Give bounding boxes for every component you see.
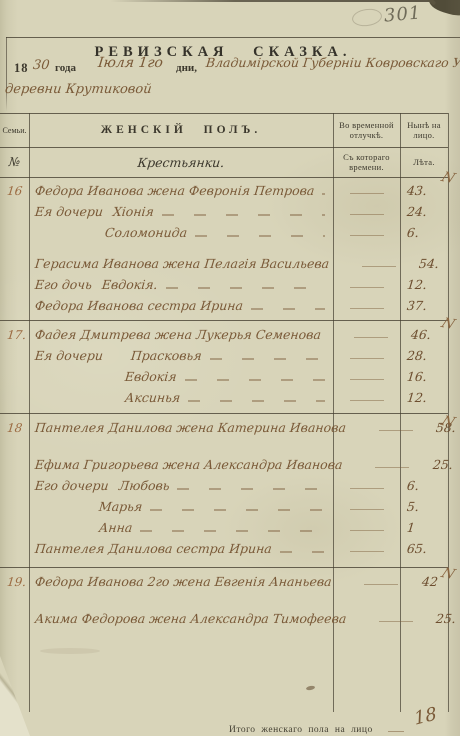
person-name: Федора Иванова сестра Ирина [34,298,244,313]
absence-cell [333,530,400,531]
family-number: 18 [6,421,23,435]
age-value: 24. [399,204,449,219]
paper-smudge [40,648,100,654]
person-name: Пантелея Данилова жена Катерина Иванова [34,420,347,435]
age-value: 43. [399,183,449,198]
total-female-value: 18 [413,703,438,729]
dash-mark [350,193,384,194]
table-row: Акима Федорова жена Александра Тимофеева… [29,611,448,632]
kinship-prefix: Его дочери [34,478,109,493]
family-group: 17.Фадея Дмитрева жена Лукерья Семенова4… [0,320,448,413]
person-name: Любовь [118,478,170,493]
torn-corner-mark [427,0,460,20]
age-value: 25. [429,611,460,626]
table-row: Ея дочериПрасковья28. [29,348,448,369]
age-value: 54. [411,256,460,271]
header-frame-top-border [6,37,460,38]
family-group: 18Пантелея Данилова жена Катерина Иванов… [0,413,448,567]
person-name: Прасковья [130,348,202,363]
dash-mark [350,308,384,309]
age-value: 65. [399,541,449,556]
person-name: Хіонія [112,204,155,219]
person-name: Анна [98,520,133,535]
column-header-years: Лѣта. [400,147,448,177]
absence-cell [333,235,400,236]
dash-mark [350,214,384,215]
archival-page-number: 301 [383,2,422,26]
dash-leader [140,530,325,532]
absence-cell [333,287,400,288]
dash-mark [350,530,384,531]
dash-mark [350,551,384,552]
dash-mark [379,430,413,431]
dash-leader [185,379,325,381]
dash-leader [195,235,325,237]
absence-cell [333,551,400,552]
absence-cell [337,337,404,338]
printed-year-word: года [55,62,76,74]
dash-leader [166,287,325,289]
table-row: Евдокія16. [29,369,448,390]
table-header-divider [0,147,448,148]
table-row: Марья5. [29,499,448,520]
absence-cell [362,621,429,622]
dash-mark [379,621,413,622]
handwritten-province: Владимірской Губерніи Ковровскаго Уѣзда [205,55,460,70]
absence-cell [333,400,400,401]
dash-leader [177,488,325,490]
family-number: 19. [6,575,27,589]
age-value: 12. [399,277,449,292]
person-name: Евдокія. [101,277,158,292]
printed-day-word: дни, [176,62,197,74]
table-row: Пантелея Данилова сестра Ирина65. [29,541,448,562]
dash-leader [150,509,325,511]
table-row: Соломонида6. [29,225,448,246]
absence-cell [333,379,400,380]
family-number: 17. [6,328,27,342]
person-name: Аксинья [124,390,181,405]
column-header-family: Семьи. [0,113,29,147]
table-body: 16Федора Иванова жена Февронія Петрова43… [0,177,448,712]
person-name: Акима Федорова жена Александра Тимофеева [34,611,347,626]
absence-cell [345,266,412,267]
absence-cell [333,358,400,359]
age-value: 37. [399,298,449,313]
age-value: 28. [399,348,449,363]
table-top-border [0,113,448,114]
dash-mark [350,488,384,489]
dash-mark [350,400,384,401]
scanned-revision-list-page: 301 РЕВИЗСКАЯ СКАЗКА. 18 30 года Іюля 1г… [0,0,460,736]
column-header-number: № [0,147,31,177]
kinship-prefix: Ея дочери [34,348,122,363]
dash-leader [322,193,325,195]
age-value: 5. [399,499,449,514]
kinship-prefix: Его дочь [34,277,93,292]
family-number: 16 [6,184,23,198]
person-name: Герасима Иванова жена Пелагія Васильева [34,256,330,271]
handwritten-village: деревни Крутиковой [4,82,152,97]
table-row: Герасима Иванова жена Пелагія Васильева5… [29,256,448,277]
footer-dash-leader [388,731,404,732]
column-header-since-when: Съ котораго времени. [333,147,400,177]
age-value: 6. [399,478,449,493]
family-group: 19.Федора Иванова 2го жена Евгенія Анань… [0,567,448,712]
absence-cell [359,467,426,468]
dash-mark [350,287,384,288]
printed-year-prefix: 18 [14,61,29,76]
age-value: 16. [399,369,449,384]
dash-mark [362,266,396,267]
faded-stamp-mark [351,7,383,28]
absence-cell [333,193,400,194]
dash-leader [210,358,325,360]
age-value: 12. [399,390,449,405]
table-row: Федора Иванова жена Февронія Петрова43. [29,183,448,204]
person-name: Соломонида [104,225,188,240]
absence-cell [333,308,400,309]
dash-mark [375,467,409,468]
age-value: 6. [399,225,449,240]
table-row: Его дочериЛюбовь6. [29,478,448,499]
column-header-now-present: Нынѣ на лицо. [400,113,448,147]
absence-cell [333,509,400,510]
person-name: Федора Иванова 2го жена Евгенія Ананьева [34,574,332,589]
column-header-peasant-women: Крестьянки. [27,147,334,177]
dash-mark [350,509,384,510]
absence-cell [333,214,400,215]
absence-cell [333,488,400,489]
dash-mark [354,337,388,338]
absence-cell [348,584,415,585]
total-female-label: Итого женскаго пола на лицо [229,725,373,735]
person-name: Федора Иванова жена Февронія Петрова [34,183,315,198]
age-value: 1 [399,520,449,535]
age-value: 25. [425,457,460,472]
table-row: Аксинья12. [29,390,448,411]
dash-mark [364,584,398,585]
person-name: Фадея Дмитрева жена Лукерья Семенова [34,327,322,342]
handwritten-date: Іюля 1го [97,55,164,71]
table-row: Ея дочериХіонія24. [29,204,448,225]
person-name: Евдокія [124,369,177,384]
dash-mark [350,358,384,359]
person-name: Пантелея Данилова сестра Ирина [34,541,272,556]
person-name: Ефима Григорьева жена Александра Иванова [34,457,343,472]
table-row: Федора Иванова 2го жена Евгенія Ананьева… [29,574,448,595]
dash-leader [280,551,325,553]
dash-mark [350,379,384,380]
column-header-female-sex: ЖЕНСКІЙ ПОЛЪ. [29,113,333,147]
table-row: Фадея Дмитрева жена Лукерья Семенова46. [29,327,448,348]
kinship-prefix: Ея дочери [34,204,104,219]
table-row: Федора Иванова сестра Ирина37. [29,298,448,319]
table-row: Анна1 [29,520,448,541]
family-group: 16Федора Иванова жена Февронія Петрова43… [0,177,448,320]
dash-mark [350,235,384,236]
dash-leader [162,214,325,216]
column-header-temporary-absence: Во временной отлучкѣ. [333,113,400,147]
dash-leader [251,308,325,310]
table-row: Пантелея Данилова жена Катерина Иванова5… [29,420,448,441]
handwritten-year-suffix: 30 [32,58,50,73]
person-name: Марья [98,499,143,514]
table-row: Его дочьЕвдокія.12. [29,277,448,298]
table-row: Ефима Григорьева жена Александра Иванова… [29,457,448,478]
table-bottom-border [0,0,448,2]
dash-leader [188,400,325,402]
absence-cell [362,430,429,431]
